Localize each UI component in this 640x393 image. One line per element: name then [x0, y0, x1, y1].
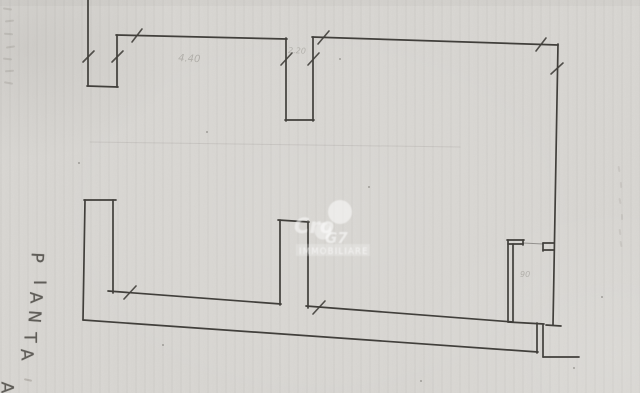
plan-title-letter: A	[26, 291, 43, 303]
pencil-dimension: 4.40	[178, 53, 201, 65]
speck	[339, 58, 341, 60]
watermark-subtitle-text: IMMOBILIARE	[299, 247, 369, 257]
speck	[420, 380, 422, 382]
pencil-dimension: 2.20	[288, 46, 306, 56]
speck	[601, 296, 603, 298]
pencil-dimension: 90	[520, 270, 530, 279]
wall-segment	[546, 325, 561, 326]
edge-smudge	[620, 182, 623, 188]
plan-title-letter: I	[30, 280, 47, 285]
plan-title-letter: T	[21, 332, 38, 342]
scan-noise-overlay	[0, 0, 640, 393]
speck	[573, 367, 575, 369]
plan-title-letter: A	[17, 348, 35, 361]
plan-title-letter: P	[27, 252, 45, 263]
scanned-floor-plan-page: 4.402.2090 Cro G7 IMMOBILIARE PIANTAA	[0, 0, 640, 393]
speck	[206, 131, 208, 133]
wall-segment	[87, 86, 118, 87]
edge-smudge	[621, 214, 623, 220]
speck	[78, 162, 80, 164]
plan-title-letter: N	[24, 310, 42, 324]
plan-title-letter: A	[0, 382, 14, 393]
speck	[162, 344, 164, 346]
speck	[368, 186, 370, 188]
floor-plan-drawing: 4.402.2090 Cro G7 IMMOBILIARE	[0, 0, 640, 393]
